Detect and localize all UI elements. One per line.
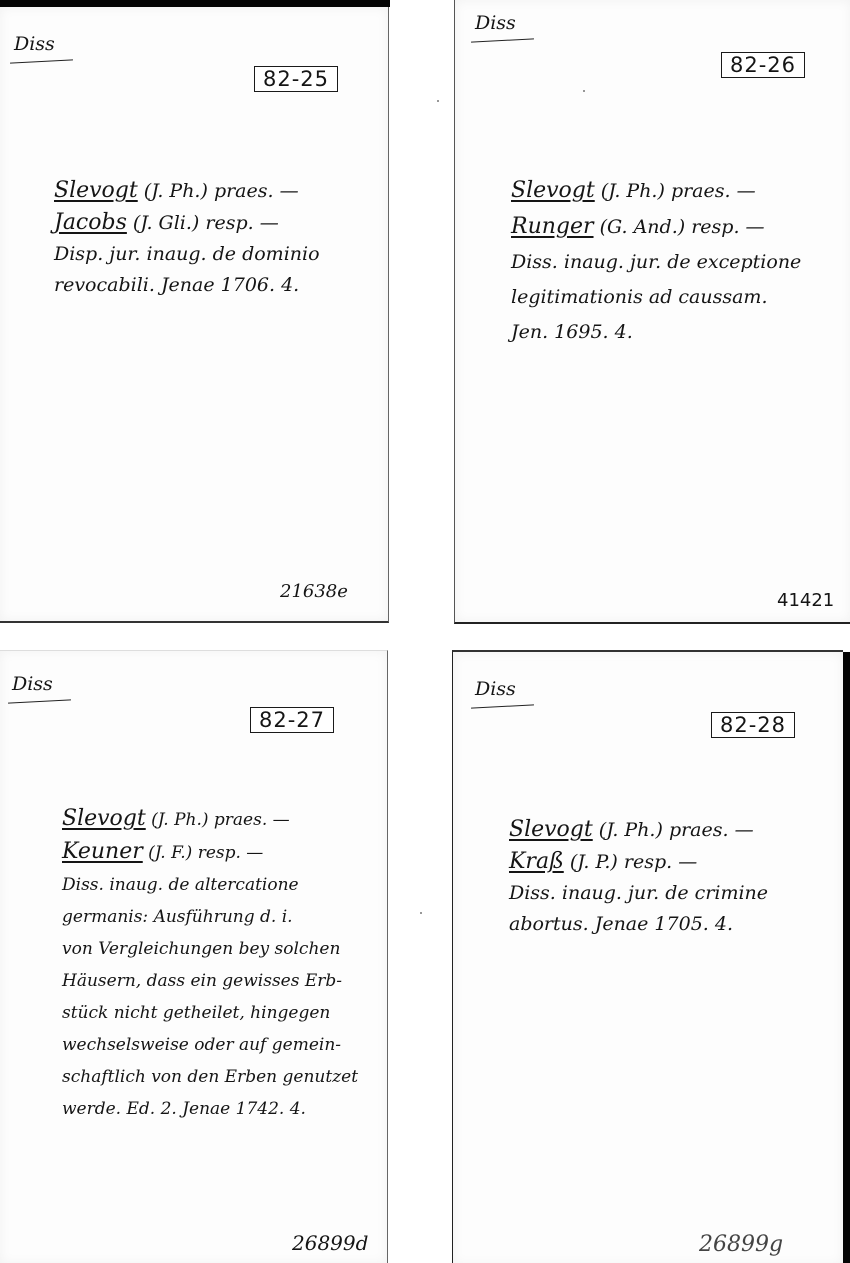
respondent-line: Keuner (J. F.) resp. — [62,836,358,869]
catalog-card-82-27: Diss 82-27 Slevogt (J. Ph.) praes. — Keu… [0,650,388,1263]
praeses-line: Slevogt (J. Ph.) praes. — [62,803,358,836]
call-number: 82-28 [711,712,795,738]
title-line: Diss. inaug. de altercatione [62,869,358,901]
title-line: Disp. jur. inaug. de dominio [54,239,320,270]
title-line: abortus. Jenae 1705. 4. [509,909,768,940]
praeses-role: praes. — [214,180,299,202]
accession-number: 21638e [280,581,348,602]
respondent-line: Jacobs (J. Gli.) resp. — [54,207,320,239]
praeses-role: praes. — [669,819,754,841]
respondent-name: Keuner [62,839,143,864]
title-line: wechselsweise oder auf gemein- [62,1029,358,1061]
card-category: Diss [14,33,55,55]
praeses-initials: (J. Ph.) [151,810,208,830]
card-category: Diss [475,12,516,34]
catalog-card-82-26: Diss 82-26 Slevogt (J. Ph.) praes. — Run… [454,0,850,624]
praeses-role: praes. — [671,180,756,202]
scan-speck [437,100,439,102]
card-category: Diss [475,678,516,700]
title-line: Häusern, dass ein gewisses Erb- [62,965,358,997]
praeses-name: Slevogt [54,178,138,203]
praeses-initials: (J. Ph.) [144,180,208,202]
accession-number: 26899g [699,1232,783,1257]
catalog-card-82-28: Diss 82-28 Slevogt (J. Ph.) praes. — Kra… [452,650,843,1263]
scan-edge-top [0,0,390,7]
scan-edge-right [843,652,850,1263]
respondent-initials: (G. And.) [600,216,686,238]
praeses-name: Slevogt [509,817,593,842]
title-line: revocabili. Jenae 1706. 4. [54,270,320,301]
accession-number: 41421 [777,590,834,611]
praeses-name: Slevogt [511,178,595,203]
praeses-line: Slevogt (J. Ph.) praes. — [511,173,801,209]
praeses-role: praes. — [214,810,290,830]
respondent-initials: (J. P.) [570,851,618,873]
scan-speck [583,90,585,92]
respondent-role: resp. — [198,843,264,863]
card-entry: Slevogt (J. Ph.) praes. — Keuner (J. F.)… [62,803,358,1125]
respondent-name: Kraß [509,849,564,874]
call-number: 82-25 [254,66,338,92]
title-line: Jen. 1695. 4. [511,315,801,350]
praeses-line: Slevogt (J. Ph.) praes. — [509,814,768,846]
title-line: stück nicht getheilet, hingegen [62,997,358,1029]
card-entry: Slevogt (J. Ph.) praes. — Kraß (J. P.) r… [509,814,768,940]
respondent-initials: (J. F.) [148,843,192,863]
call-number: 82-26 [721,52,805,78]
call-number: 82-27 [250,707,334,733]
scan-speck [420,912,422,914]
title-line: legitimationis ad caussam. [511,280,801,315]
respondent-name: Runger [511,214,594,239]
card-entry: Slevogt (J. Ph.) praes. — Jacobs (J. Gli… [54,175,320,301]
praeses-initials: (J. Ph.) [601,180,665,202]
catalog-card-82-25: Diss 82-25 Slevogt (J. Ph.) praes. — Jac… [0,7,389,623]
respondent-line: Kraß (J. P.) resp. — [509,846,768,878]
card-category: Diss [12,673,53,695]
title-line: Diss. inaug. jur. de crimine [509,878,768,909]
praeses-initials: (J. Ph.) [599,819,663,841]
praeses-line: Slevogt (J. Ph.) praes. — [54,175,320,207]
respondent-name: Jacobs [54,210,127,235]
title-line: Diss. inaug. jur. de exceptione [511,245,801,280]
title-line: von Vergleichungen bey solchen [62,933,358,965]
card-entry: Slevogt (J. Ph.) praes. — Runger (G. And… [511,173,801,350]
praeses-name: Slevogt [62,806,146,831]
respondent-initials: (J. Gli.) [133,212,199,234]
respondent-role: resp. — [624,851,697,873]
respondent-role: resp. — [205,212,278,234]
accession-number: 26899d [292,1231,368,1255]
title-line: schaftlich von den Erben genutzet [62,1061,358,1093]
title-line: germanis: Ausführung d. i. [62,901,358,933]
respondent-line: Runger (G. And.) resp. — [511,209,801,245]
title-line: werde. Ed. 2. Jenae 1742. 4. [62,1093,358,1125]
respondent-role: resp. — [691,216,764,238]
